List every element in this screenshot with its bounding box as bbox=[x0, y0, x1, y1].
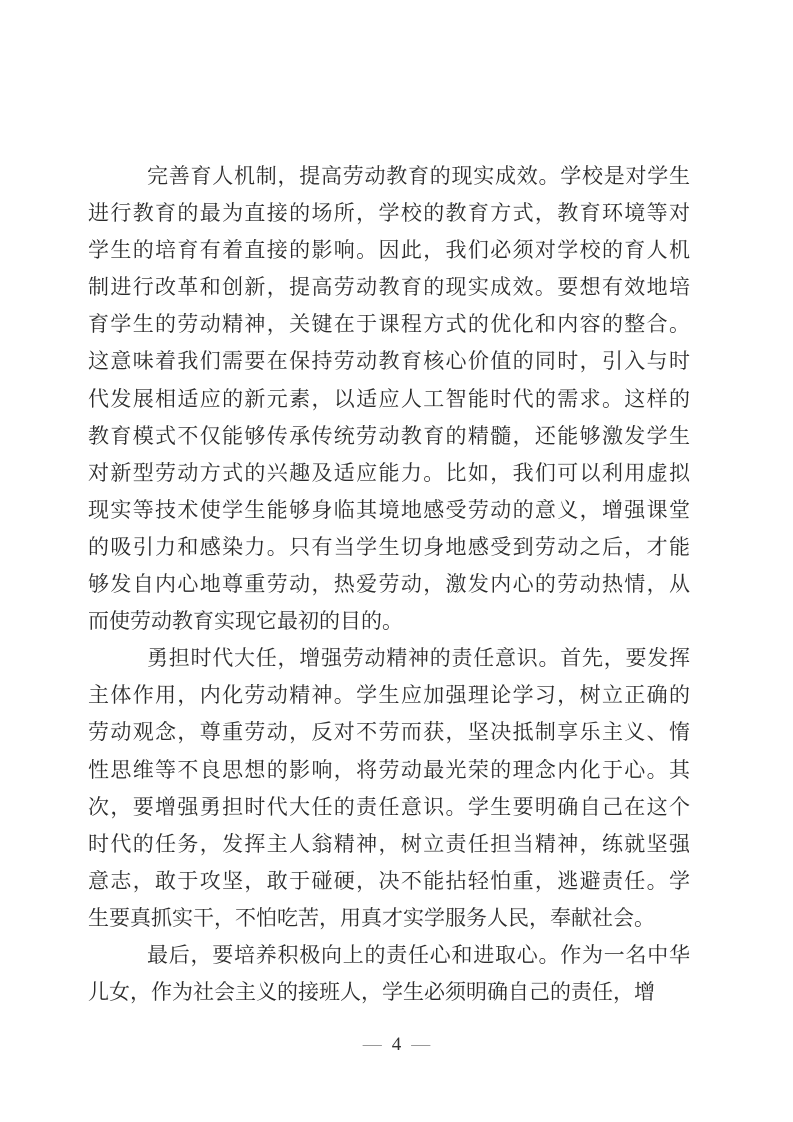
document-body: 完善育人机制，提高劳动教育的现实成效。学校是对学生进行教育的最为直接的场所，学校… bbox=[88, 158, 690, 1011]
text-line: 代发展相适应的新元素，以适应人工智能时代的需求。这样的 bbox=[88, 381, 690, 418]
text-line: 勇担时代大任，增强劳动精神的责任意识。首先，要发挥 bbox=[88, 640, 690, 677]
text-line: 性思维等不良思想的影响，将劳动最光荣的理念内化于心。其 bbox=[88, 752, 690, 789]
paragraph: 最后，要培养积极向上的责任心和进取心。作为一名中华儿女，作为社会主义的接班人，学… bbox=[88, 937, 690, 1011]
text-line: 进行教育的最为直接的场所，学校的教育方式，教育环境等对 bbox=[88, 195, 690, 232]
text-line: 对新型劳动方式的兴趣及适应能力。比如，我们可以利用虚拟 bbox=[88, 455, 690, 492]
text-line: 这意味着我们需要在保持劳动教育核心价值的同时，引入与时 bbox=[88, 343, 690, 380]
text-line: 完善育人机制，提高劳动教育的现实成效。学校是对学生 bbox=[88, 158, 690, 195]
text-line: 生要真抓实干，不怕吃苦，用真才实学服务人民，奉献社会。 bbox=[88, 900, 690, 937]
text-line: 够发自内心地尊重劳动，热爱劳动，激发内心的劳动热情，从 bbox=[88, 566, 690, 603]
text-line: 时代的任务，发挥主人翁精神，树立责任担当精神，练就坚强 bbox=[88, 826, 690, 863]
page-number: 4 bbox=[392, 1034, 402, 1055]
text-line: 制进行改革和创新，提高劳动教育的现实成效。要想有效地培 bbox=[88, 269, 690, 306]
text-line: 意志，敢于攻坚，敢于碰硬，决不能拈轻怕重，逃避责任。学 bbox=[88, 863, 690, 900]
page-number-dash-right: — bbox=[411, 1034, 430, 1055]
text-line: 主体作用，内化劳动精神。学生应加强理论学习，树立正确的 bbox=[88, 677, 690, 714]
text-line: 现实等技术使学生能够身临其境地感受劳动的意义，增强课堂 bbox=[88, 492, 690, 529]
text-line: 而使劳动教育实现它最初的目的。 bbox=[88, 603, 690, 640]
text-line: 学生的培育有着直接的影响。因此，我们必须对学校的育人机 bbox=[88, 232, 690, 269]
page-number-dash-left: — bbox=[363, 1034, 382, 1055]
paragraph: 完善育人机制，提高劳动教育的现实成效。学校是对学生进行教育的最为直接的场所，学校… bbox=[88, 158, 690, 640]
page-footer: —4— bbox=[0, 1031, 793, 1059]
text-line: 最后，要培养积极向上的责任心和进取心。作为一名中华 bbox=[88, 937, 690, 974]
text-line: 的吸引力和感染力。只有当学生切身地感受到劳动之后，才能 bbox=[88, 529, 690, 566]
text-line: 教育模式不仅能够传承传统劳动教育的精髓，还能够激发学生 bbox=[88, 418, 690, 455]
text-line: 次，要增强勇担时代大任的责任意识。学生要明确自己在这个 bbox=[88, 789, 690, 826]
paragraph: 勇担时代大任，增强劳动精神的责任意识。首先，要发挥主体作用，内化劳动精神。学生应… bbox=[88, 640, 690, 937]
text-line: 儿女，作为社会主义的接班人，学生必须明确自己的责任，增 bbox=[88, 974, 690, 1011]
text-line: 育学生的劳动精神，关键在于课程方式的优化和内容的整合。 bbox=[88, 306, 690, 343]
text-line: 劳动观念，尊重劳动，反对不劳而获，坚决抵制享乐主义、惰 bbox=[88, 714, 690, 751]
document-page: 完善育人机制，提高劳动教育的现实成效。学校是对学生进行教育的最为直接的场所，学校… bbox=[0, 0, 793, 1122]
